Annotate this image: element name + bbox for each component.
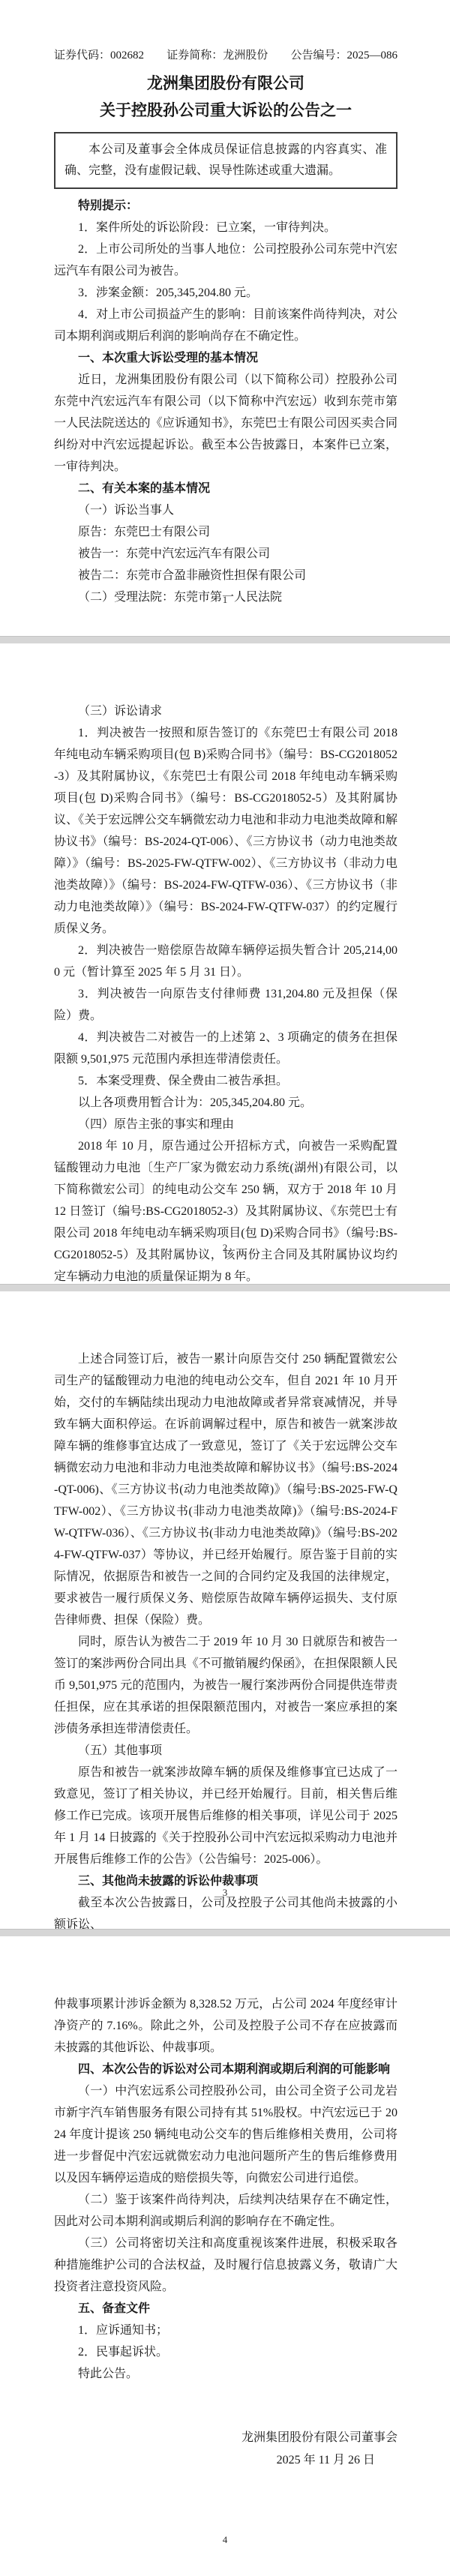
page-separator [0,1929,450,1936]
page-number-1: 1 [0,594,450,606]
section4-heading: 四、本次公告的诉讼对公司本期利润或期后利润的可能影响 [54,2059,397,2080]
claims-total-line: 以上各项费用暂合计为：205,345,204.80 元。 [54,1092,397,1114]
announcement-number: 公告编号：2025—086 [290,48,397,63]
section1-heading: 一、本次重大诉讼受理的基本情况 [54,347,397,369]
claim-4: 4．判决被告二对被告一的上述第 2、3 项确定的债务在担保限额 9,501,97… [54,1027,397,1070]
section4-item-1: （一）中汽宏远系公司控股孙公司，由公司全资子公司龙岩市新宇汽车销售服务有限公司持… [54,2080,397,2189]
stock-code: 证券代码：002682 [54,48,144,63]
special-notice-item-4: 4．对上市公司损益产生的影响：目前该案件尚待判决，对公司本期利润或期后利润的影响… [54,304,397,347]
page-number-2: 2 [0,1242,450,1254]
special-notice-item-1: 1．案件所处的诉讼阶段：已立案，一审待判决。 [54,217,397,238]
special-notice-item-3: 3．涉案金额：205,345,204.80 元。 [54,282,397,304]
stock-short-name: 证券简称：龙洲股份 [166,48,268,63]
document-item-1: 1．应诉通知书； [54,2320,397,2341]
claim-2: 2．判决被告一赔偿原告故障车辆停运损失暂合计 205,214,000 元（暂计算… [54,940,397,983]
defendant1-line: 被告一：东莞中汽宏远汽车有限公司 [54,543,397,565]
plaintiff-line: 原告：东莞巴士有限公司 [54,521,397,543]
parties-heading: （一）诉讼当事人 [54,499,397,521]
claim-5: 5．本案受理费、保全费由二被告承担。 [54,1070,397,1092]
facts-paragraph-2: 上述合同签订后，被告一累计向原告交付 250 辆配置微宏公司生产的锰酸锂动力电池… [54,1348,397,1631]
section2-heading: 二、有关本案的基本情况 [54,478,397,499]
signature-date: 2025 年 11 月 26 日 [54,2449,397,2472]
claims-heading: （三）诉讼请求 [54,700,397,722]
defendant2-line: 被告二：东莞市合盈非融资性担保有限公司 [54,565,397,586]
company-name-title: 龙洲集团股份有限公司 [54,70,397,97]
document-item-2: 2．民事起诉状。 [54,2341,397,2363]
page-number-3: 3 [0,1887,450,1899]
section4-item-2: （二）鉴于该案件尚待判决，后续判决结果存在不确定性，因此对公司本期利润或期后利润… [54,2189,397,2233]
announcement-title: 关于控股孙公司重大诉讼的公告之一 [54,97,397,124]
section3-paragraph-part2: 仲裁事项累计涉诉金额为 8,328.52 万元，占公司 2024 年度经审计净资… [54,1993,397,2059]
section5-heading: 五、备查文件 [54,2298,397,2320]
signature-block: 龙洲集团股份有限公司董事会 2025 年 11 月 26 日 [54,2427,397,2472]
special-notice-heading: 特别提示： [54,195,397,217]
section1-paragraph: 近日，龙洲集团股份有限公司（以下简称公司）控股孙公司东莞中汽宏远汽车有限公司（以… [54,369,397,478]
securities-header: 证券代码：002682 证券简称：龙洲股份 公告编号：2025—086 [54,48,397,63]
disclaimer-box: 本公司及董事会全体成员保证信息披露的内容真实、准确、完整，没有虚假记载、误导性陈… [54,132,397,189]
document-page-1: 证券代码：002682 证券简称：龙洲股份 公告编号：2025—086 龙洲集团… [0,0,450,636]
signature-company: 龙洲集团股份有限公司董事会 [54,2427,397,2449]
announcement-document: 证券代码：002682 证券简称：龙洲股份 公告编号：2025—086 龙洲集团… [0,0,450,2576]
claim-3: 3．判决被告一向原告支付律师费 131,204.80 元及担保（保险）费。 [54,983,397,1027]
page-separator [0,1284,450,1291]
section4-item-3: （三）公司将密切关注和高度重视该案件进展，积极采取各种措施维护公司的合法权益，及… [54,2233,397,2298]
document-title: 龙洲集团股份有限公司 关于控股孙公司重大诉讼的公告之一 [54,70,397,124]
page-separator [0,636,450,643]
disclaimer-text: 本公司及董事会全体成员保证信息披露的内容真实、准确、完整，没有虚假记载、误导性陈… [64,143,387,177]
document-page-4: 仲裁事项累计涉诉金额为 8,328.52 万元，占公司 2024 年度经审计净资… [0,1936,450,2576]
other-matters-heading: （五）其他事项 [54,1740,397,1762]
facts-paragraph-1: 2018 年 10 月，原告通过公开招标方式，向被告一采购配置锰酸锂动力电池〔生… [54,1135,397,1284]
page-number-4: 4 [0,2534,450,2546]
document-page-3: 上述合同签订后，被告一累计向原告交付 250 辆配置微宏公司生产的锰酸锂动力电池… [0,1291,450,1929]
claim-1: 1．判决被告一按照和原告签订的《东莞巴士有限公司 2018 年纯电动车辆采购项目… [54,722,397,940]
special-notice-item-2: 2．上市公司所处的当事人地位：公司控股孙公司东莞中汽宏远汽车有限公司为被告。 [54,238,397,282]
facts-heading: （四）原告主张的事实和理由 [54,1114,397,1135]
other-matters-paragraph: 原告和被告一就案涉故障车辆的质保及维修事宜已达成了一致意见，签订了相关协议，并已… [54,1762,397,1870]
facts-paragraph-3: 同时，原告认为被告二于 2019 年 10 月 30 日就原告和被告一签订的案涉… [54,1631,397,1740]
document-page-2: （三）诉讼请求 1．判决被告一按照和原告签订的《东莞巴士有限公司 2018 年纯… [0,643,450,1284]
closing-line: 特此公告。 [54,2363,397,2385]
